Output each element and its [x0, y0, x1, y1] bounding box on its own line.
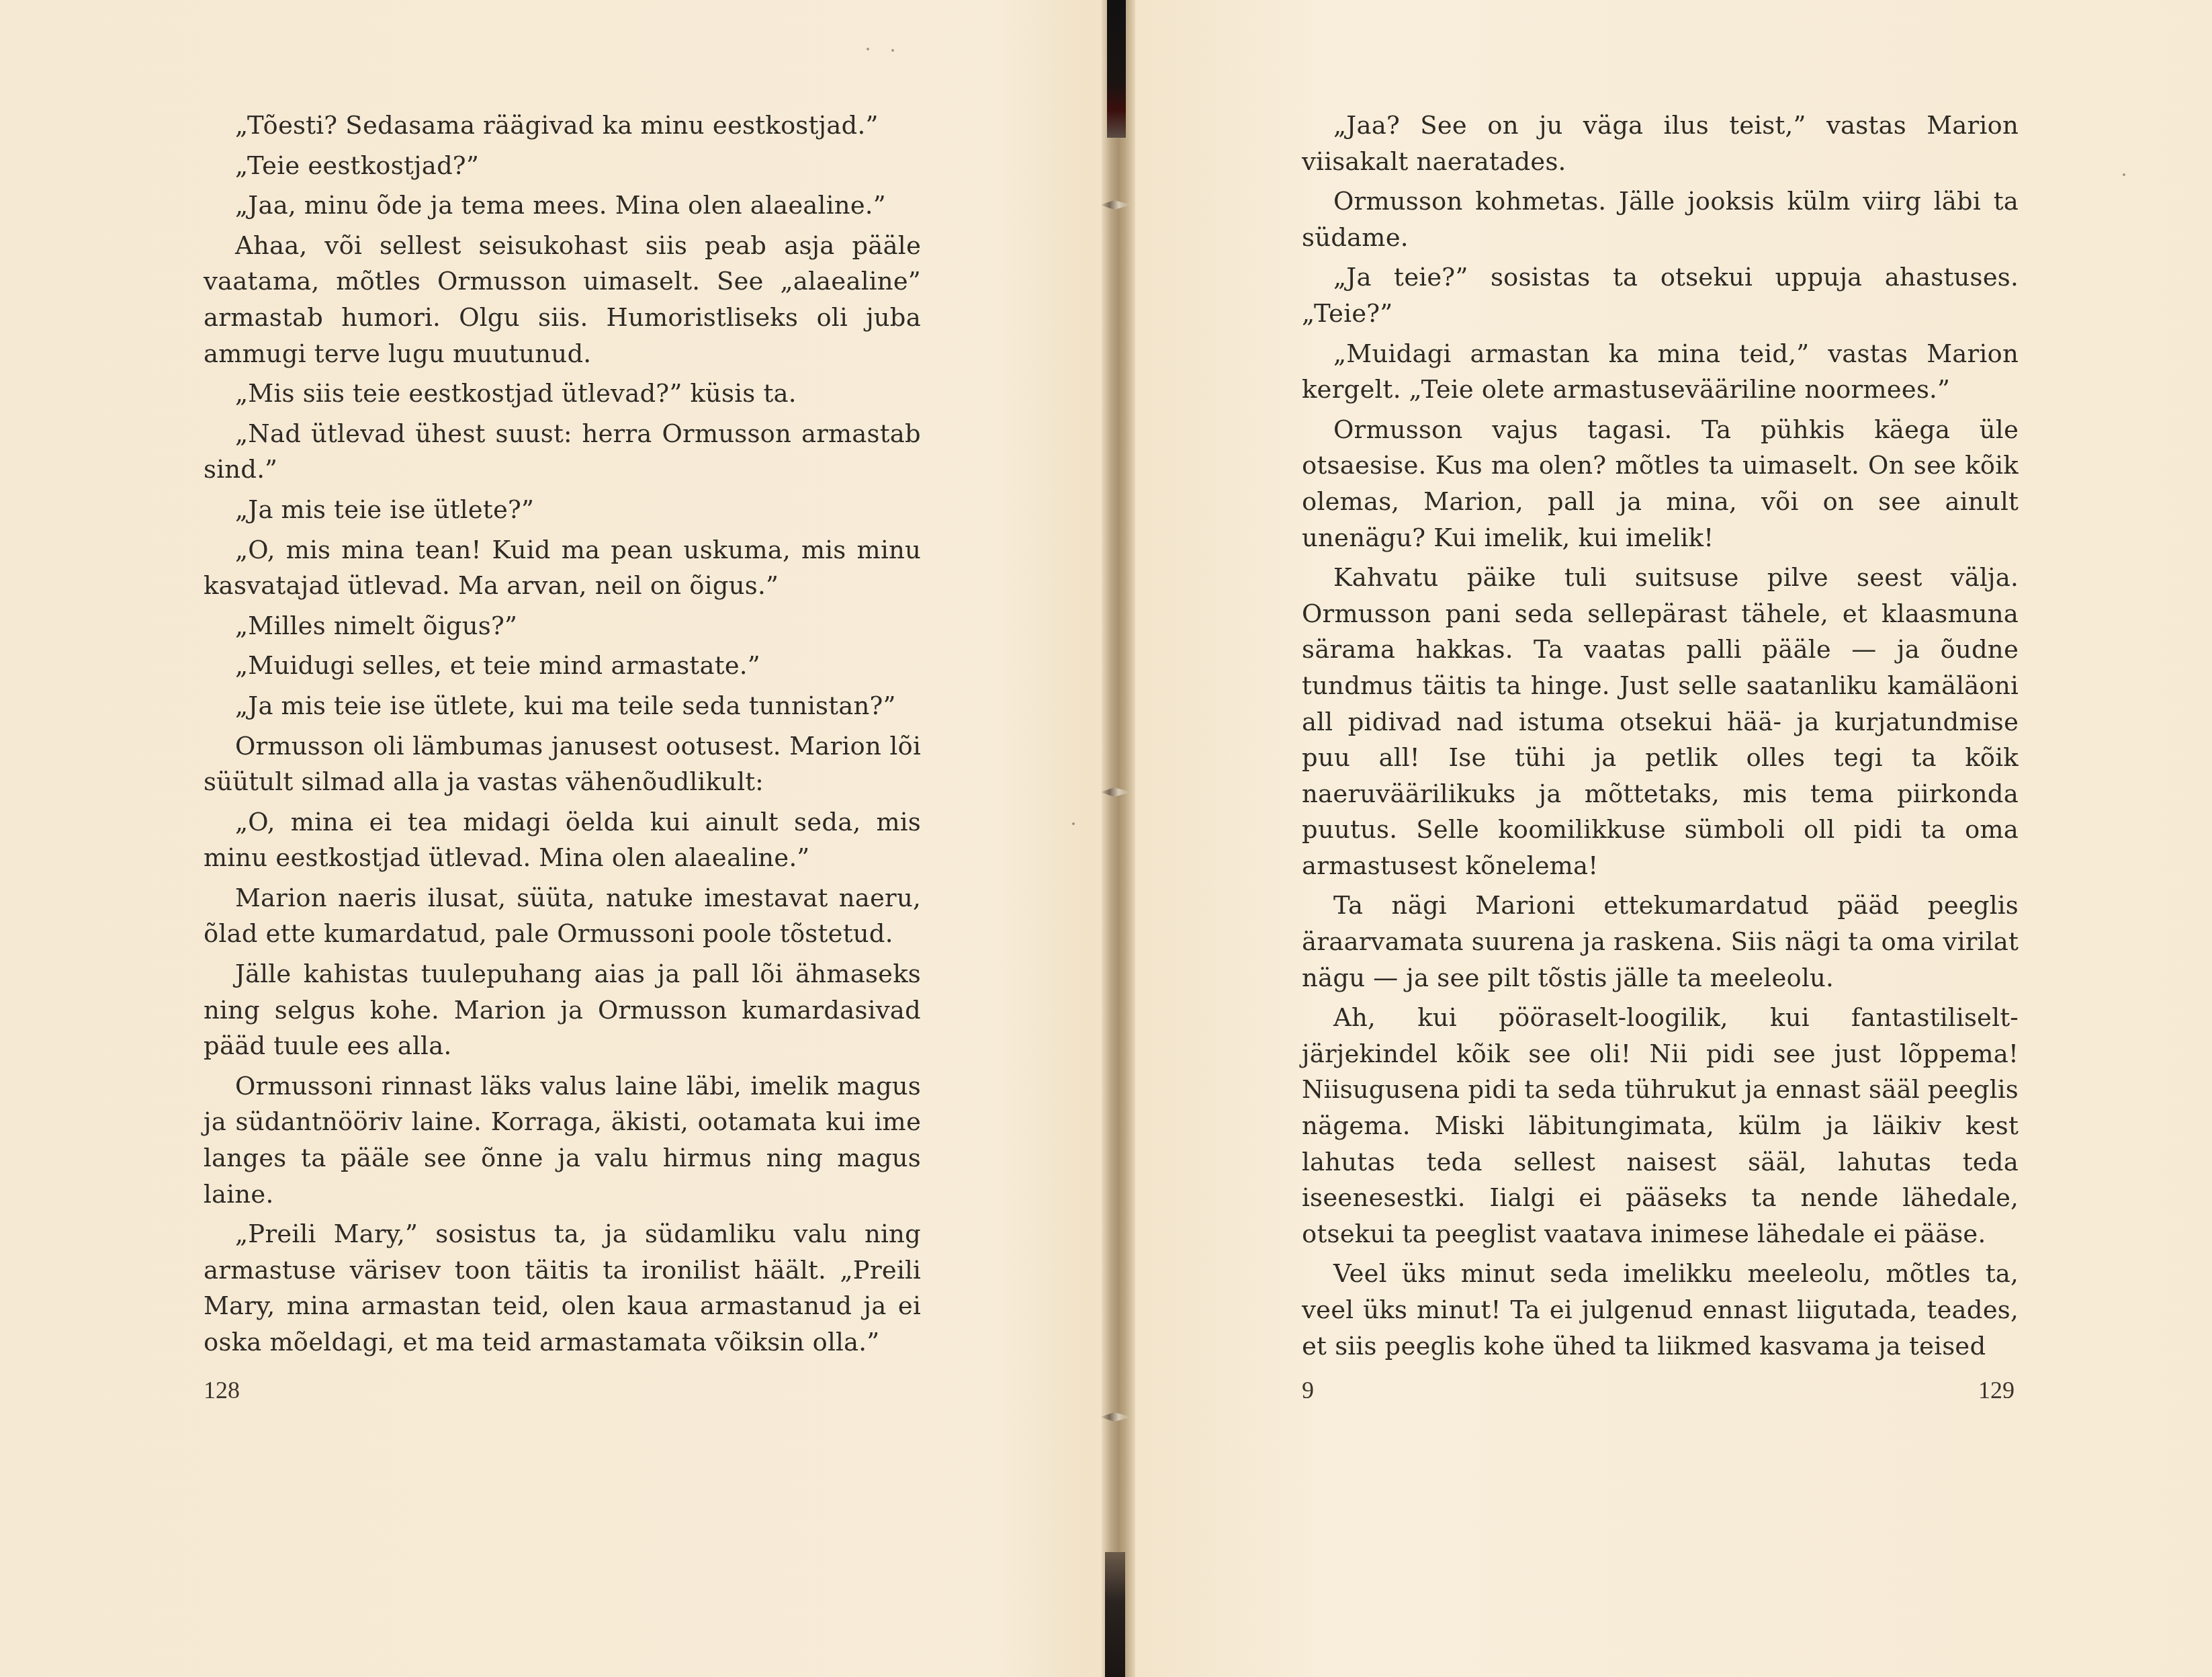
paragraph: „Preili Mary,” sosistus ta, ja südamliku… — [204, 1216, 921, 1360]
paragraph: Ah, kui pööraselt-loogilik, kui fantasti… — [1302, 1000, 2019, 1252]
paper-speck — [2123, 173, 2125, 176]
paragraph: „Mis siis teie eestkostjad ütlevad?” küs… — [204, 376, 921, 412]
paragraph: Ahaa, või sellest seisukohast siis peab … — [204, 228, 921, 372]
paper-speck — [1072, 822, 1075, 825]
paragraph: „Ja teie?” sosistas ta otsekui uppuja ah… — [1302, 259, 2019, 331]
page-number-left: 128 — [204, 1376, 240, 1404]
paper-speck — [867, 48, 869, 50]
paragraph: „O, mis mina tean! Kuid ma pean uskuma, … — [204, 532, 921, 604]
paper-speck — [891, 49, 894, 52]
paragraph: Veel üks minut seda imelikku meeleolu, m… — [1302, 1256, 2019, 1364]
paragraph: „Ja mis teie ise ütlete?” — [204, 492, 921, 528]
paragraph: „O, mina ei tea midagi öelda kui ainult … — [204, 804, 921, 876]
paragraph: Ormusson kohmetas. Jälle jooksis külm vi… — [1302, 183, 2019, 255]
left-page: „Tõesti? Sedasama räägivad ka minu eestk… — [0, 0, 1108, 1677]
book-spread: „Tõesti? Sedasama räägivad ka minu eestk… — [0, 0, 2212, 1677]
paragraph: Ormusson oli lämbumas janusest ootusest.… — [204, 728, 921, 800]
left-page-text: „Tõesti? Sedasama räägivad ka minu eestk… — [204, 107, 921, 1365]
paragraph: „Milles nimelt õigus?” — [204, 608, 921, 644]
paragraph: „Nad ütlevad ühest suust: herra Ormusson… — [204, 416, 921, 488]
paragraph: „Muidagi armastan ka mina teid,” vastas … — [1302, 336, 2019, 408]
paragraph: „Teie eestkostjad?” — [204, 148, 921, 184]
paragraph: Jälle kahistas tuulepuhang aias ja pall … — [204, 956, 921, 1064]
paragraph: Ta nägi Marioni ettekumardatud pääd peeg… — [1302, 888, 2019, 996]
right-page-text: „Jaa? See on ju väga ilus teist,” vastas… — [1302, 107, 2019, 1368]
paragraph: Ormussoni rinnast läks valus laine läbi,… — [204, 1068, 921, 1212]
paragraph: „Tõesti? Sedasama räägivad ka minu eestk… — [204, 107, 921, 144]
paragraph: Marion naeris ilusat, süüta, natuke imes… — [204, 880, 921, 952]
paragraph: „Jaa? See on ju väga ilus teist,” vastas… — [1302, 107, 2019, 179]
page-number-right: 129 — [1978, 1376, 2015, 1404]
paragraph: Kahvatu päike tuli suitsuse pilve seest … — [1302, 560, 2019, 884]
spine-binding-bottom — [1105, 1552, 1125, 1677]
paragraph: „Jaa, minu õde ja tema mees. Mina olen a… — [204, 187, 921, 224]
spine-binding-top — [1107, 0, 1126, 138]
signature-mark: 9 — [1302, 1376, 1314, 1404]
book-spine-gutter — [1102, 0, 1135, 1677]
paragraph: „Muidugi selles, et teie mind armastate.… — [204, 648, 921, 684]
paragraph: Ormusson vajus tagasi. Ta pühkis käega ü… — [1302, 412, 2019, 556]
paragraph: „Ja mis teie ise ütlete, kui ma teile se… — [204, 688, 921, 724]
right-page: „Jaa? See on ju väga ilus teist,” vastas… — [1135, 0, 2212, 1677]
